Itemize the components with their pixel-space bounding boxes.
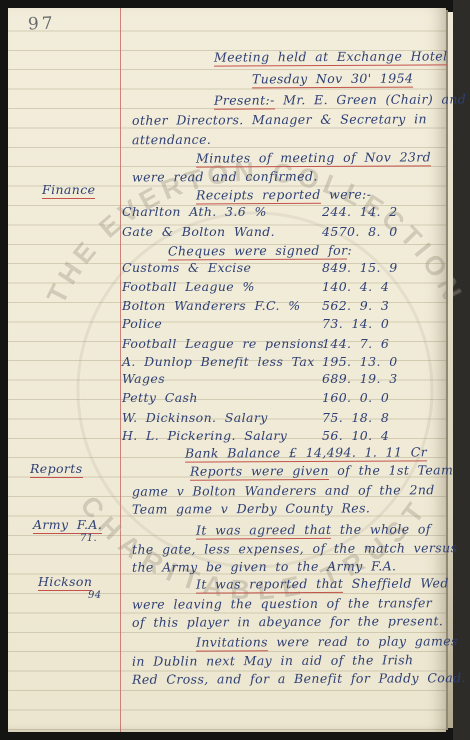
ledger-item: Customs & Excise xyxy=(122,261,251,275)
margin-note-reports: Reports xyxy=(30,462,83,476)
line-confirmed: were read and confirmed. xyxy=(132,170,318,185)
line-reports-3: Team game v Derby County Res. xyxy=(132,501,370,516)
scan-background xyxy=(453,0,470,740)
ledger-item: Football League % xyxy=(122,280,255,294)
ledger-item: Charlton Ath. 3.6 % xyxy=(122,205,267,219)
ledger-item: A. Dunlop Benefit less Tax xyxy=(122,355,315,369)
line-army-3: the Army be given to the Army F.A. xyxy=(132,559,396,574)
ledger-amount: 73. 14. 0 xyxy=(322,317,389,331)
ledger-amount: 689. 19. 3 xyxy=(322,372,398,386)
line-cheques-head: Cheques were signed for: xyxy=(168,244,352,259)
ledger-amount: 4570. 8. 0 xyxy=(322,225,398,239)
ledger-item: Wages xyxy=(122,372,165,386)
ledger-item: Gate & Bolton Wand. xyxy=(122,225,275,239)
ledger-item: Police xyxy=(122,317,162,331)
margin-note-hickson: Hickson xyxy=(38,575,92,589)
ledger-amount: 195. 13. 0 xyxy=(322,355,398,369)
line-hickson-1: It was reported that Sheffield Wed xyxy=(196,576,449,591)
line-present: Present:- Mr. E. Green (Chair) and all xyxy=(214,92,470,107)
line-hickson-3: of this player in abeyance for the prese… xyxy=(132,614,443,630)
scanned-minute-book-page: 97 THE EVERTON COLLECTION CHARITABLE TRU… xyxy=(0,0,470,740)
line-meeting-held: Meeting held at Exchange Hotel xyxy=(214,49,448,64)
ledger-amount: 140. 4. 4 xyxy=(322,280,389,294)
ledger-item: Football League re pensions xyxy=(122,337,324,351)
page-number: 97 xyxy=(28,14,56,35)
ledger-item: Bolton Wanderers F.C. % xyxy=(122,299,301,313)
line-date: Tuesday Nov 30' 1954 xyxy=(252,72,413,87)
margin-note-army-fa: Army F.A. xyxy=(33,518,102,532)
line-bank-balance: Bank Balance £ 14,494. 1. 11 Cr xyxy=(185,445,427,460)
line-reports-1: Reports were given of the 1st Team xyxy=(190,463,453,478)
red-margin-rule xyxy=(120,8,121,732)
line-invitations-1: Invitations were read to play games xyxy=(196,634,458,649)
ledger-item: Petty Cash xyxy=(122,391,198,405)
ledger-item: W. Dickinson. Salary xyxy=(122,411,268,425)
ledger-amount: 849. 15. 9 xyxy=(322,261,398,275)
ledger-item: H. L. Pickering. Salary xyxy=(122,429,287,443)
margin-note-finance: Finance xyxy=(42,183,95,197)
line-invitations-2: in Dublin next May in aid of the Irish xyxy=(132,653,414,668)
stacked-page-edges xyxy=(448,12,453,728)
ledger-amount: 75. 18. 8 xyxy=(322,411,389,425)
ledger-amount: 160. 0. 0 xyxy=(322,391,389,405)
line-army-2: the gate, less expenses, of the match ve… xyxy=(132,541,457,557)
ledger-amount: 56. 10. 4 xyxy=(322,429,389,443)
line-reports-2: game v Bolton Wanderers and of the 2nd xyxy=(132,483,435,499)
line-receipts-head: Receipts reported were:- xyxy=(196,188,371,203)
ledger-amount: 144. 7. 6 xyxy=(322,337,389,351)
margin-ref-army-fa: 71. xyxy=(80,532,97,546)
ledger-amount: 244. 14. 2 xyxy=(322,205,398,219)
line-attendance: attendance. xyxy=(132,133,211,147)
line-invitations-3: Red Cross, and for a Benefit for Paddy C… xyxy=(132,671,466,687)
line-directors: other Directors. Manager & Secretary in xyxy=(132,112,427,128)
margin-ref-hickson: 94 xyxy=(88,589,102,603)
line-hickson-2: were leaving the question of the transfe… xyxy=(132,596,432,612)
ledger-amount: 562. 9. 3 xyxy=(322,299,389,313)
line-minutes: Minutes of meeting of Nov 23rd xyxy=(196,150,431,165)
line-army-1: It was agreed that the whole of xyxy=(196,522,431,537)
